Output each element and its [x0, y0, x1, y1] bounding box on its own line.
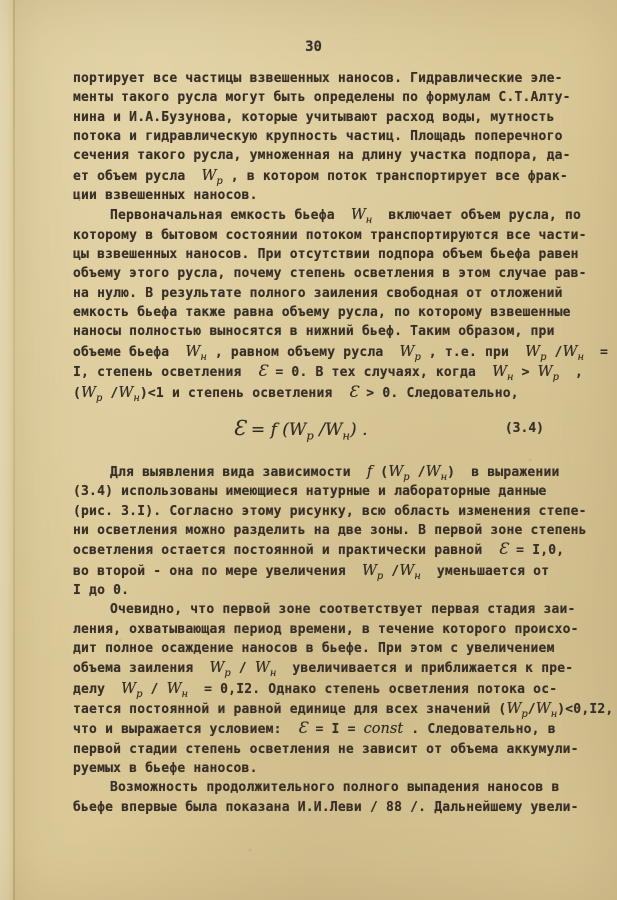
text-line: осветления остается постоянной и практич… [73, 540, 554, 560]
text-line: Для выявления вида зависимости f (Wр /Wн… [73, 462, 554, 482]
text-line: которому в бытовом состоянии потоком тра… [73, 226, 554, 245]
formula: Ɛ = f (Wр /Wн) .(3.4) [73, 416, 554, 442]
text-line: менты такого русла могут быть определены… [73, 88, 554, 107]
text-line: Возможность продолжительного полного вып… [73, 778, 554, 797]
paragraph: Для выявления вида зависимости f (Wр /Wн… [73, 462, 554, 600]
math-var: Wр [506, 700, 527, 717]
page-number: 30 [73, 38, 554, 56]
text-block: портирует все частицы взвешенных наносов… [73, 69, 554, 817]
epsilon-symbol: Ɛ [233, 416, 246, 440]
text-line: наносы полностью выносятся в нижний бьеф… [73, 322, 554, 341]
math-var: Wн [563, 343, 584, 360]
text-line: емкость бьефа также равна объему русла, … [73, 303, 554, 322]
text-line: ни осветления можно разделить на две зон… [73, 521, 554, 540]
text-line: I, степень осветления Ɛ = 0. В тех случа… [73, 362, 554, 382]
text-line: нина и И.А.Бузунова, которые учитывают р… [73, 108, 554, 127]
math-var: Wн [426, 463, 447, 480]
text-line: первой стадии степень осветления не зави… [73, 740, 554, 759]
math-var: f [271, 420, 277, 440]
equation-number: (3.4) [505, 419, 544, 438]
math-var: Wн [536, 700, 557, 717]
math-var: Wр [538, 363, 559, 380]
text-line: бьефе впервые была показана И.И.Леви / 8… [73, 798, 554, 817]
math-var: Wр [525, 343, 546, 360]
text-line: дит полное осаждение наносов в бьефе. Пр… [73, 639, 554, 658]
math-var: Wн [167, 680, 188, 697]
text-line: (3.4) использованы имеющиеся натурные и … [73, 482, 554, 501]
text-line: объему этого русла, почему степень освет… [73, 264, 554, 283]
equation: Ɛ = f (Wр /Wн) . [233, 416, 367, 442]
paragraph: Возможность продолжительного полного вып… [73, 778, 554, 817]
text-line: Первоначальная емкость бьефа Wн включает… [73, 205, 554, 225]
math-var: Wр [81, 384, 102, 401]
text-line: I до 0. [73, 581, 554, 600]
epsilon-symbol: Ɛ [349, 383, 359, 401]
text-line: (Wр /Wн)<1 и степень осветления Ɛ > 0. С… [73, 383, 554, 403]
text-line: ции взвешенных наносов. [73, 186, 554, 205]
math-var: Wн [255, 659, 276, 676]
math-var: Wр [121, 680, 142, 697]
text-line: Очевидно, что первой зоне соответствует … [73, 600, 554, 619]
text-line: объема заиления Wр / Wн увеличивается и … [73, 658, 554, 678]
text-line: портирует все частицы взвешенных наносов… [73, 69, 554, 88]
epsilon-symbol: Ɛ [258, 362, 268, 380]
text-line: что и выражается условием: Ɛ = I = const… [73, 719, 554, 739]
text-line: цы взвешенных наносов. При отсутствии по… [73, 245, 554, 264]
math-var: f [367, 463, 372, 480]
text-line: ет объем русла Wр , в котором поток тран… [73, 166, 554, 186]
text-line: на нулю. В результате полного заиления с… [73, 284, 554, 303]
math-var: Wр [201, 167, 222, 184]
text-line: во второй - она по мере увеличения Wр /W… [73, 561, 554, 581]
text-line: (рис. 3.I). Согласно этому рисунку, всю … [73, 502, 554, 521]
text-line: делу Wр / Wн = 0,I2. Однако степень осве… [73, 679, 554, 699]
epsilon-symbol: Ɛ [498, 540, 508, 558]
math-var: Wн [185, 343, 206, 360]
text-line: руемых в бьефе наносов. [73, 759, 554, 778]
text-line: объеме бьефа Wн , равном объему русла Wр… [73, 342, 554, 362]
paragraph: портирует все частицы взвешенных наносов… [73, 69, 554, 205]
text-line: сечения такого русла, умноженная на длин… [73, 146, 554, 165]
paragraph: Очевидно, что первой зоне соответствует … [73, 600, 554, 778]
math-var: Wн [325, 420, 350, 440]
text-line: потока и гидравлическую крупность частиц… [73, 127, 554, 146]
paragraph: Первоначальная емкость бьефа Wн включает… [73, 205, 554, 402]
math-var: Wр [209, 659, 230, 676]
math-var: Wр [388, 463, 409, 480]
text-line: тается постоянной и равной единице для в… [73, 699, 554, 719]
math-var: Wн [399, 562, 420, 579]
math-var: const [364, 720, 404, 737]
math-var: Wр [289, 420, 314, 440]
scanned-page: 30 портирует все частицы взвешенных нано… [0, 0, 617, 900]
math-var: Wр [362, 562, 383, 579]
math-var: Wн [351, 206, 372, 223]
text-line: ления, охватывающая период времени, в те… [73, 620, 554, 639]
math-var: Wр [399, 343, 420, 360]
math-var: Wн [492, 363, 513, 380]
math-var: Wн [118, 384, 139, 401]
epsilon-symbol: Ɛ [298, 719, 308, 737]
